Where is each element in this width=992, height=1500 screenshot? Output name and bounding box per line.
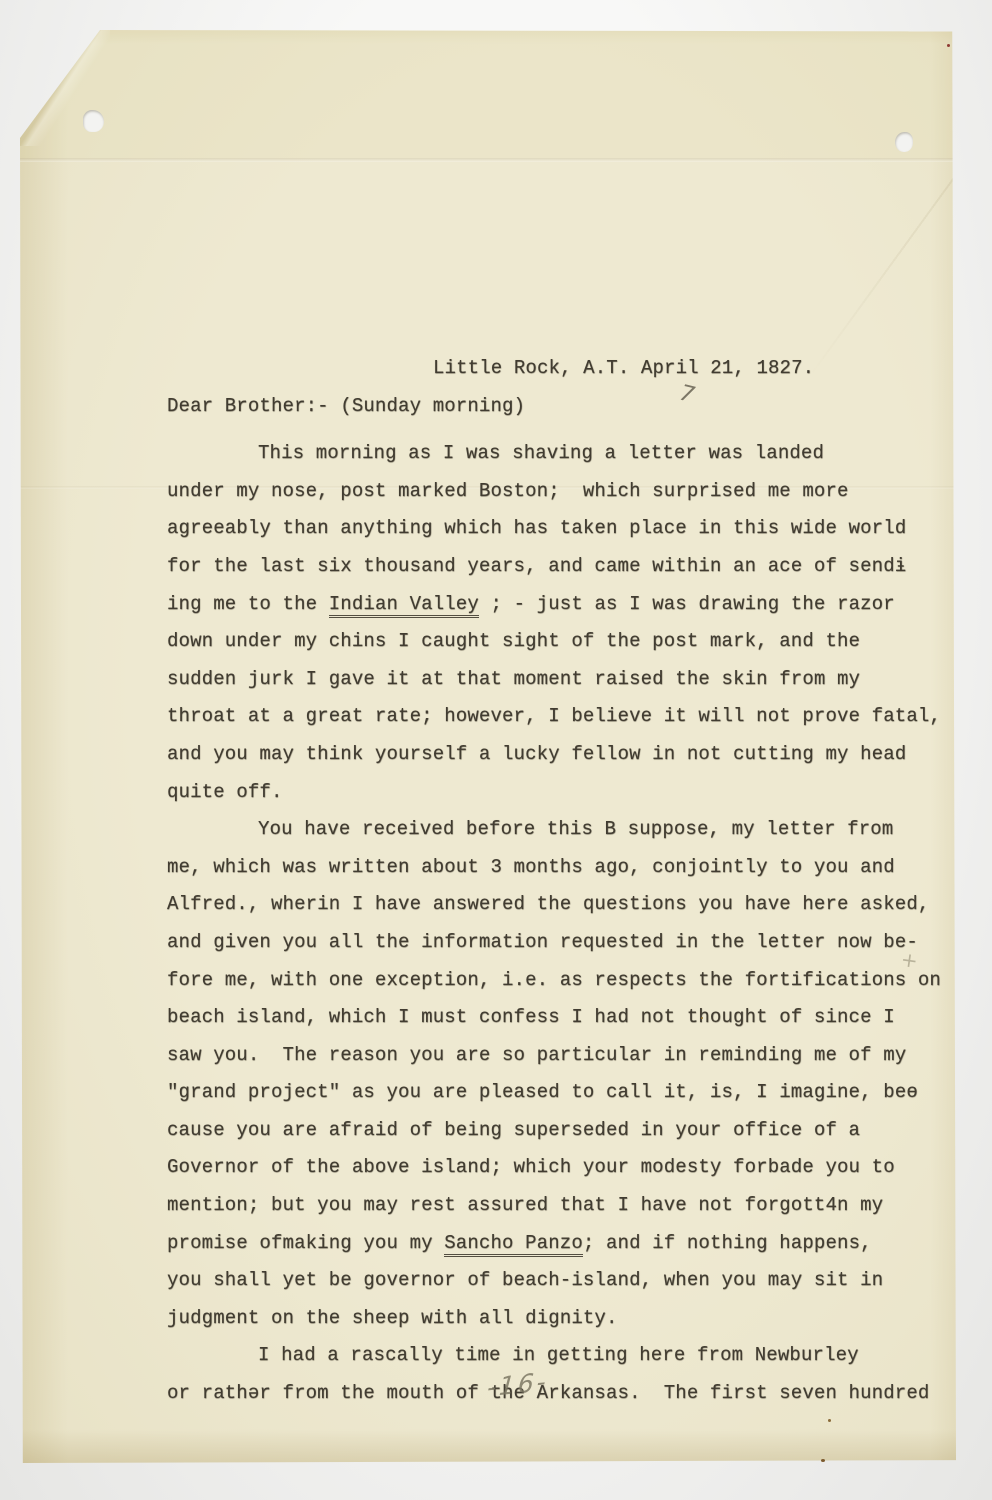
- punch-hole-right: [895, 132, 913, 152]
- paper-speck: [947, 44, 950, 47]
- paper-speck: [828, 1419, 831, 1422]
- underlined-text: Indian Valley: [329, 593, 479, 618]
- letter-line: Alfred., wherin I have answered the ques…: [167, 886, 957, 924]
- letter-line: ing me to the Indian Valley ; - just as …: [167, 586, 957, 624]
- letter-line: and given you all the information reques…: [167, 924, 957, 962]
- punch-hole-left: [83, 110, 104, 132]
- letter-line: promise ofmaking you my Sancho Panzo; an…: [167, 1225, 957, 1263]
- letter-line: you shall yet be governor of beach-islan…: [167, 1262, 957, 1300]
- letter-line: This morning as I was shaving a letter w…: [258, 435, 957, 473]
- letter-line: saw you. The reason you are so particula…: [167, 1037, 957, 1075]
- letter-line: and you may think yourself a lucky fello…: [167, 736, 957, 774]
- salutation: Dear Brother:- (Sunday morning): [167, 388, 957, 426]
- letter-line: fore me, with one exception, i.e. as res…: [167, 962, 957, 1000]
- letter-line: down under my chins I caught sight of th…: [167, 623, 957, 661]
- letter-line: me, which was written about 3 months ago…: [167, 849, 957, 887]
- paper-speck: [821, 1459, 825, 1462]
- letter-line: throat at a great rate; however, I belie…: [167, 698, 957, 736]
- letter-line: quite off.: [167, 774, 957, 812]
- letter-body: Little Rock, A.T. April 21, 1827.Dear Br…: [167, 350, 957, 1413]
- letter-line: agreeably than anything which has taken …: [167, 510, 957, 548]
- paper-speck: [701, 1017, 703, 1019]
- dateline: Little Rock, A.T. April 21, 1827.: [433, 350, 957, 388]
- letter-line: beach island, which I must confess I had…: [167, 999, 957, 1037]
- paper-top-band: [20, 30, 956, 158]
- letter-line: "grand project" as you are pleased to ca…: [167, 1074, 957, 1112]
- letter-line: or rathər from the mouth of the Arkansas…: [167, 1375, 957, 1413]
- letter-line: under my nose, post marked Boston; which…: [167, 473, 957, 511]
- letter-line: sudden jurk I gave it at that moment rai…: [167, 661, 957, 699]
- letter-line: You have received before this B suppose,…: [258, 811, 957, 849]
- pencil-margin-tick: +: [899, 947, 919, 973]
- letter-line: I had a rascally time in getting here fr…: [258, 1337, 957, 1375]
- letter-line: Governor of the above island; which your…: [167, 1149, 957, 1187]
- letter-line: judgment on the sheep with all dignity.: [167, 1300, 957, 1338]
- underlined-text: Sancho Panzo: [444, 1232, 583, 1257]
- letter-line: mention; but you may rest assured that I…: [167, 1187, 957, 1225]
- horizontal-crease-top: [20, 158, 956, 162]
- letter-line: for the last six thousand years, and cam…: [167, 548, 957, 586]
- letter-line: cause you are afraid of being superseded…: [167, 1112, 957, 1150]
